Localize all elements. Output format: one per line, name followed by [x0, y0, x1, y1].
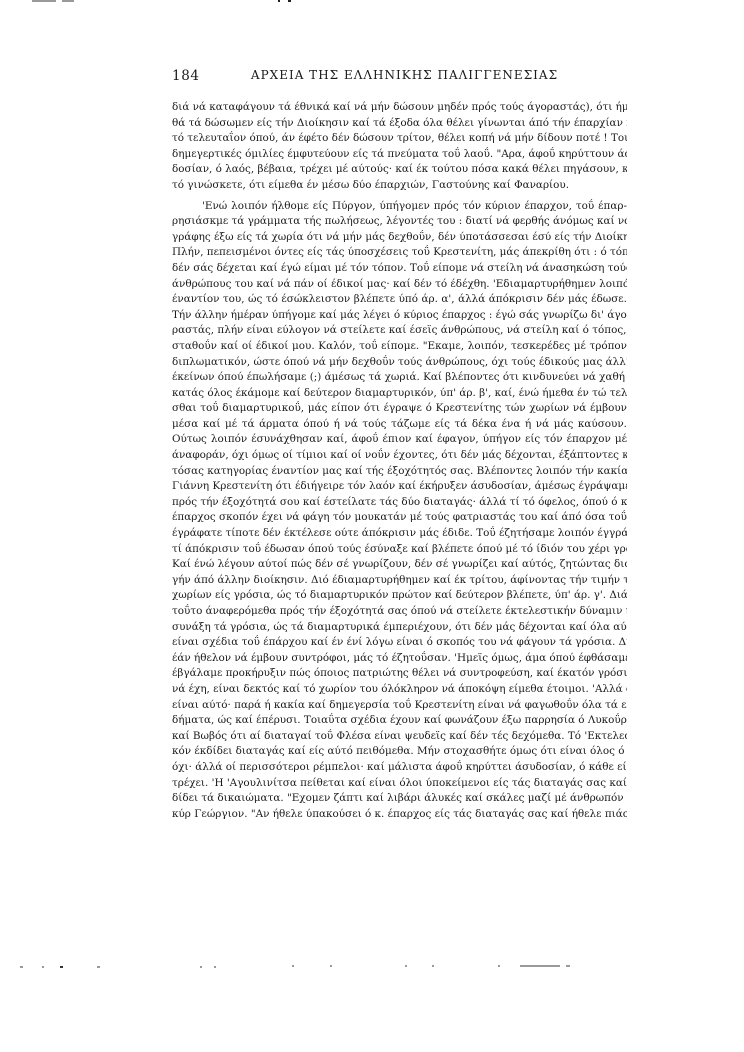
text-line: τόσας κατηγορίας έναντίον μας καί τής έξ…	[172, 464, 627, 480]
scan-speck	[62, 0, 74, 2]
text-line: σθαι τοΰ διαμαρτυρικοΰ, μάς είπον ότι έγ…	[172, 401, 627, 417]
text-line: δήματα, ώς καί έπέρυσι. Τοιαΰτα σχέδια έ…	[172, 713, 627, 729]
text-line: είναι αύτό· παρά ή κακία καί δημεγερσία …	[172, 698, 627, 714]
text-line: έάν ήθελον νά έμβουν συντρόφοι, μάς τό έ…	[172, 651, 627, 667]
text-line: διά νά καταφάγουν τά έθνικά καί νά μήν δ…	[172, 100, 627, 116]
text-line: διπλωματικόν, ώστε όπού νά μήν δεχθοΰν τ…	[172, 355, 627, 371]
text-line: δίδει τά δικαιώματα. "Εχομεν ζάπτι καί λ…	[172, 791, 627, 807]
scan-speck	[432, 965, 434, 967]
text-line: Καί ένώ λέγουν αύτοί πώς δέν σέ γνωρίζου…	[172, 557, 627, 573]
text-line: Ούτως λοιπόν έσυνάχθησαν καί, άφοΰ έπιον…	[172, 432, 627, 448]
text-line: τί άπόκρισιν τοΰ έδωσαν όπού τούς έσύναξ…	[172, 542, 627, 558]
text-line: έκείνων όπού έπωλήσαμε (;) άμέσως τά χωρ…	[172, 370, 627, 386]
text-line: άνθρώπους του καί νά πάν οί έδικοί μας· …	[172, 277, 627, 293]
text-line: μέσα καί μέ τά άρματα όπού ή νά τούς τάζ…	[172, 417, 627, 433]
text-line: έπαρχος σκοπόν έχει νά φάγη τόν μουκατάν…	[172, 510, 627, 526]
scan-speck	[32, 0, 56, 2]
text-line: έβγάλαμε προκήρυξιν πώς όποιος πατριώτης…	[172, 666, 627, 682]
text-line: τό τελευταΐον όπού, άν έφέτο δέν δώσουν …	[172, 131, 627, 147]
scanned-document-page: 184 ΑΡΧΕΙΑ ΤΗΣ ΕΛΛΗΝΙΚΗΣ ΠΑΛΙΓΓΕΝΕΣΙΑΣ δ…	[0, 0, 744, 1052]
text-line: δέν σάς δέχεται καί έγώ είμαι μέ τόν τόπ…	[172, 261, 627, 277]
running-title: ΑΡΧΕΙΑ ΤΗΣ ΕΛΛΗΝΙΚΗΣ ΠΑΛΙΓΓΕΝΕΣΙΑΣ	[172, 68, 627, 82]
scan-speck	[20, 966, 23, 968]
text-line: γράφης έξω είς τά χωρία ότι νά μήν μάς δ…	[172, 230, 627, 246]
text-line: ρησιάσκμε τά γράμματα τής πωλήσεως, λέγο…	[172, 214, 627, 230]
text-line: χωρίων είς γρόσια, ώς τό διαμαρτυρικόν π…	[172, 588, 627, 604]
text-line: νά έχη, είναι δεκτός καί τό χωρίον του ό…	[172, 682, 627, 698]
paragraph: διά νά καταφάγουν τά έθνικά καί νά μήν δ…	[172, 100, 627, 194]
scan-artifacts-top	[0, 0, 744, 3]
text-line: όχι· άλλά οί περισσότεροι ρέμπελοι· καί …	[172, 760, 627, 776]
text-line: τρέχει. 'Η 'Αγουλινίτσα πείθεται καί είν…	[172, 776, 627, 792]
text-line: τό γινώσκετε, ότι είμεθα έν μέσω δύο έπα…	[172, 178, 627, 194]
scan-speck	[292, 965, 294, 967]
scan-speck	[288, 0, 291, 2]
text-line: καί Βωβός ότι αί διαταγαί τοΰ Φλέσα είνα…	[172, 729, 627, 745]
page-header: 184 ΑΡΧΕΙΑ ΤΗΣ ΕΛΛΗΝΙΚΗΣ ΠΑΛΙΓΓΕΝΕΣΙΑΣ	[172, 68, 627, 86]
scan-speck	[405, 965, 407, 967]
scan-speck	[60, 966, 63, 968]
text-line: θά τά δώσωμεν είς τήν Διοίκησιν καί τά έ…	[172, 116, 627, 132]
text-line: δοσίαν, ό λαός, βέβαια, τρέχει μέ αύτούς…	[172, 162, 627, 178]
text-line: πρός τήν έξοχότητά σου καί έστείλατε τάς…	[172, 495, 627, 511]
paragraph: 'Ενώ λοιπόν ήλθομε είς Πύργον, ύπήγομεν …	[172, 199, 627, 823]
scan-speck	[330, 965, 332, 967]
scan-speck	[42, 966, 44, 968]
text-line: δημεγερτικές όμιλίες έμφυτεύουν είς τά π…	[172, 147, 627, 163]
text-line: έναντίον του, ώς τό έσώκλειστον βλέπετε …	[172, 292, 627, 308]
text-line: Πλήν, πεπεισμένοι όντες είς τάς ύποσχέσε…	[172, 245, 627, 261]
scan-speck	[278, 0, 280, 2]
text-line: έγράφατε τίποτε δέν έκτέλεσε ούτε άπόκρι…	[172, 526, 627, 542]
text-line: τοΰτο άναφερόμεθα πρός τήν έξοχότητά σας…	[172, 604, 627, 620]
text-line: κατάς όλος έκάμομε καί δεύτερον διαμαρτυ…	[172, 386, 627, 402]
scan-speck	[520, 965, 560, 967]
scan-speck	[200, 966, 202, 968]
scan-speck	[214, 966, 216, 968]
text-line: είναι σχέδια τοΰ έπάρχου καί έν ένί λόγω…	[172, 635, 627, 651]
text-line: ραστάς, πλήν είναι εύλογον νά στείλετε κ…	[172, 323, 627, 339]
text-line: συνάξη τά γρόσια, ώς τά διαμαρτυρικά έμπ…	[172, 620, 627, 636]
text-line: σταθοΰν καί οί έδικοί μου. Καλόν, τοΰ εί…	[172, 339, 627, 355]
text-line: κύρ Γεώργιον. "Αν ήθελε ύπακούσει ό κ. έ…	[172, 807, 627, 823]
scan-speck	[97, 966, 100, 968]
text-line: άναφοράν, όχι όμως οί τίμιοι καί οί νοΰν…	[172, 448, 627, 464]
text-line: γήν άπό άλλην διοίκησιν. Διό έδιαμαρτυρή…	[172, 573, 627, 589]
text-line: κόν έκδίδει διαταγάς καί είς αύτό πειθόμ…	[172, 744, 627, 760]
scan-speck	[566, 965, 570, 967]
scan-artifacts-bottom	[0, 964, 744, 967]
scan-speck	[498, 965, 500, 967]
body-text: διά νά καταφάγουν τά έθνικά καί νά μήν δ…	[172, 100, 627, 822]
text-line: Γιάννη Κρεστενίτη ότι έδιήγειρε τόν λαόν…	[172, 479, 627, 495]
text-line: Τήν άλλην ήμέραν ύπήγομε καί μάς λέγει ό…	[172, 308, 627, 324]
text-line: 'Ενώ λοιπόν ήλθομε είς Πύργον, ύπήγομεν …	[172, 199, 627, 215]
